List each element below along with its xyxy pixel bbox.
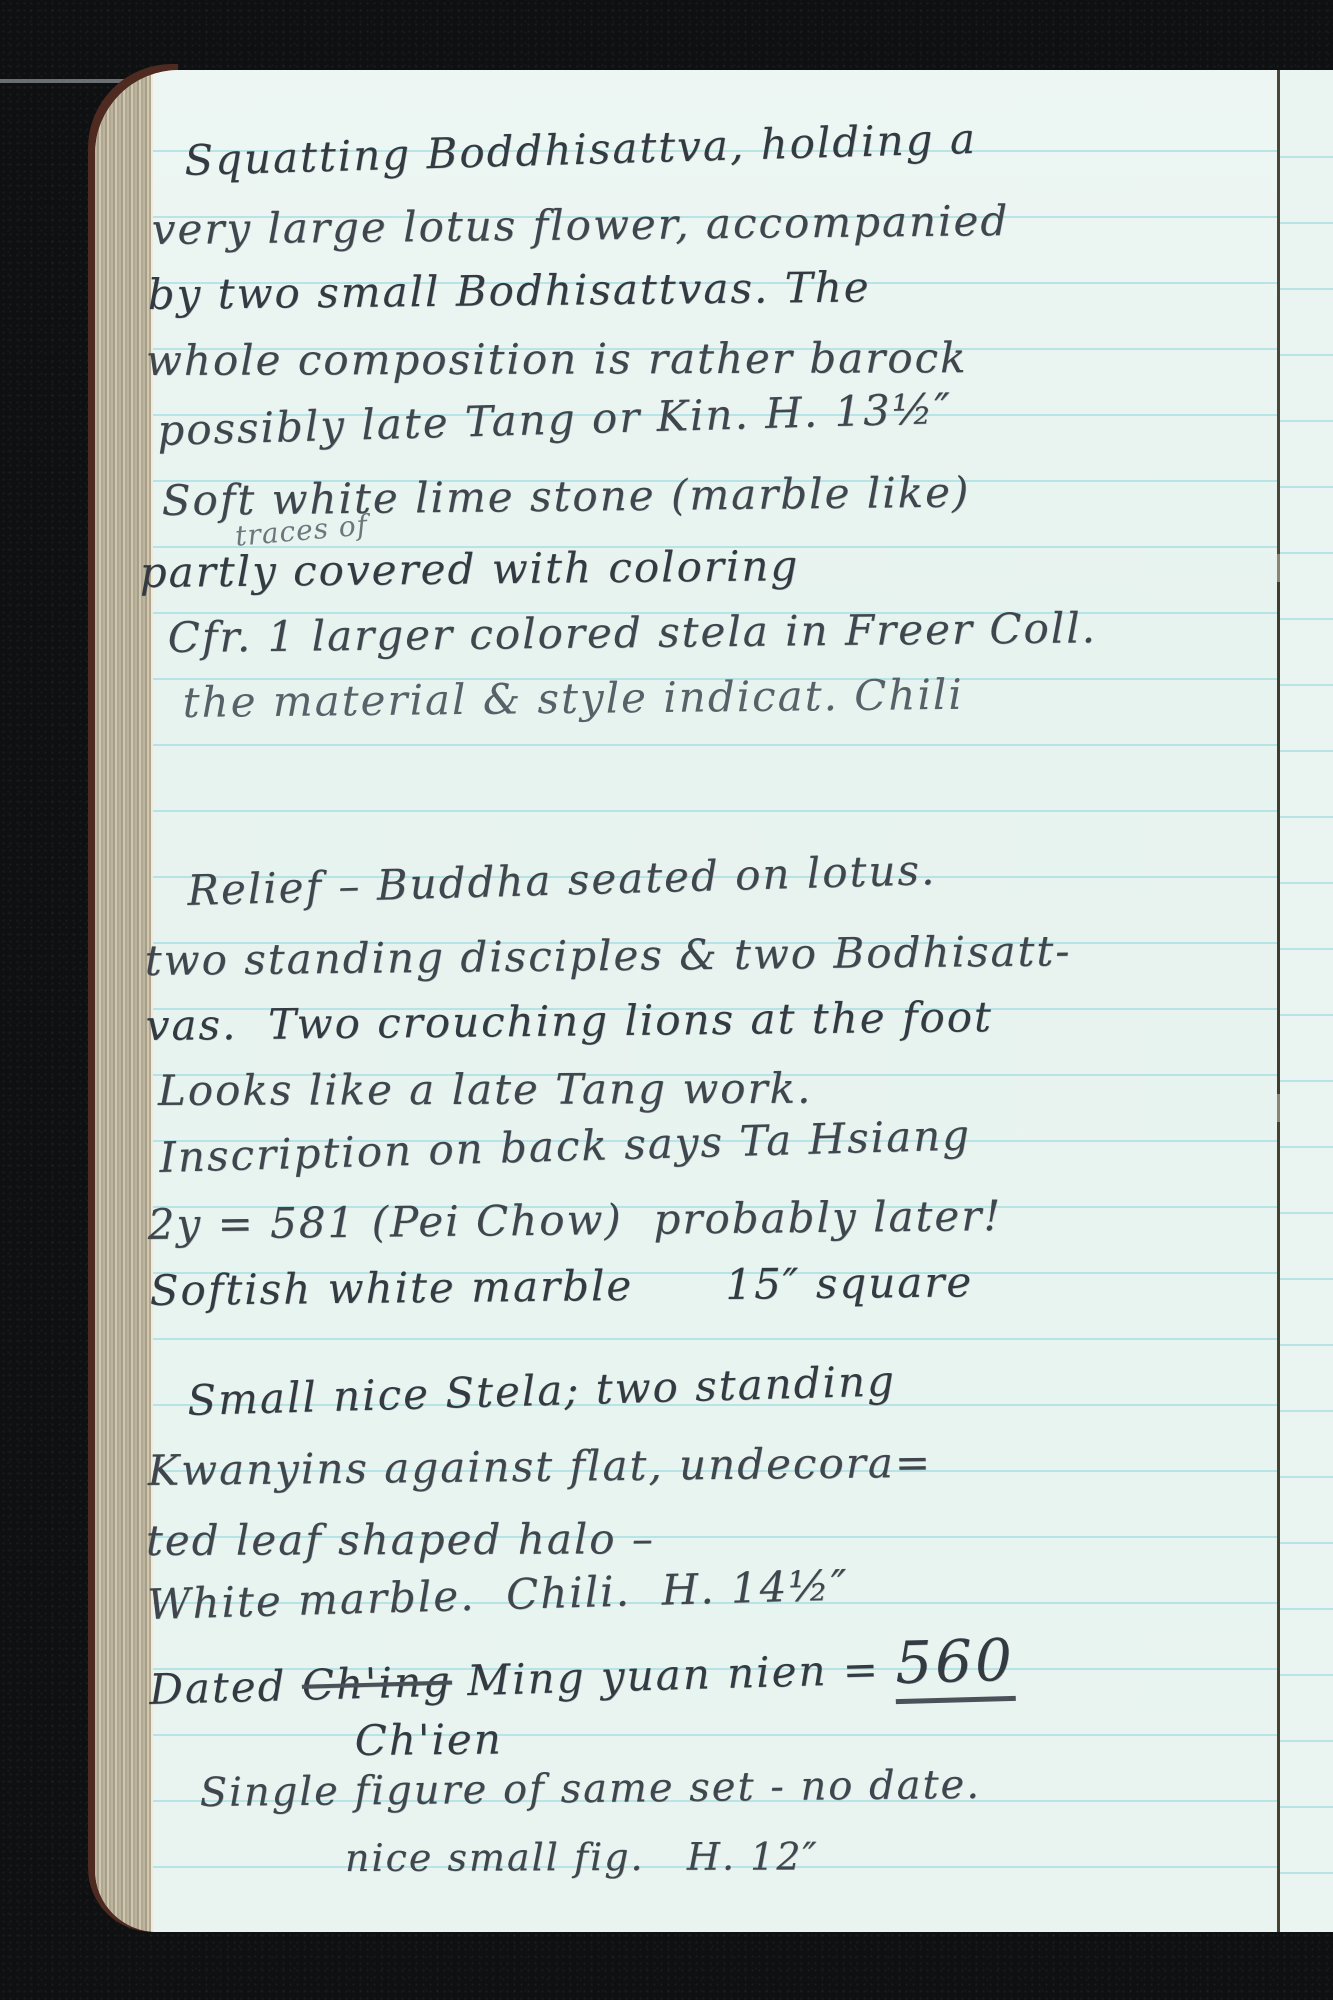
handwritten-line: Kwanyins against flat, undecora= (147, 1438, 932, 1495)
underlined-number: 560 (894, 1626, 1016, 1704)
scan-background: { "notes": { "para1": [ "Squatting Boddh… (0, 0, 1333, 2000)
handwritten-line: Inscription on back says Ta Hsiang (159, 1110, 972, 1182)
handwritten-notes: Squatting Boddhisattva, holding a very l… (95, 70, 1333, 1932)
handwritten-line: ted leaf shaped halo – (146, 1514, 655, 1565)
handwritten-line: possibly late Tang or Kin. H. 13½″ (157, 384, 953, 455)
dated-line: Dated Ch'ing Ming yuan nien = 560 (148, 1626, 1016, 1718)
handwritten-line: nice small fig. H. 12″ (345, 1834, 819, 1880)
handwritten-line: two standing disciples & two Bodhisatt- (144, 926, 1071, 985)
dated-middle: Ming yuan nien = (451, 1644, 896, 1705)
handwritten-line: very large lotus flower, accompanied (151, 196, 1009, 254)
handwritten-line: vas. Two crouching lions at the foot (145, 992, 993, 1050)
handwritten-line: partly covered with coloring (139, 541, 799, 597)
correction-word: Ch'ien (354, 1714, 503, 1765)
handwritten-line: Cfr. 1 larger colored stela in Freer Col… (167, 603, 1097, 662)
handwritten-line: Softish white marble 15″ square (149, 1257, 973, 1315)
handwritten-line: Squatting Boddhisattva, holding a (184, 114, 978, 185)
handwritten-line: Small nice Stela; two standing (187, 1356, 897, 1425)
handwritten-line: Looks like a late Tang work. (158, 1064, 813, 1115)
handwritten-line: White marble. Chili. H. 14½″ (147, 1560, 850, 1629)
dated-label: Dated (149, 1661, 303, 1714)
handwritten-line: by two small Bodhisattvas. The (147, 262, 870, 319)
handwritten-line: the material & style indicat. Chili (182, 670, 964, 727)
strikethrough-word: Ch'ing (301, 1657, 452, 1710)
handwritten-line: whole composition is rather barock (146, 333, 968, 385)
handwritten-line: 2y = 581 (Pei Chow) probably later! (147, 1191, 1002, 1249)
handwritten-line: Relief – Buddha seated on lotus. (187, 845, 937, 915)
handwritten-line: Single figure of same set - no date. (200, 1762, 982, 1816)
notebook-page: Squatting Boddhisattva, holding a very l… (95, 70, 1333, 1932)
